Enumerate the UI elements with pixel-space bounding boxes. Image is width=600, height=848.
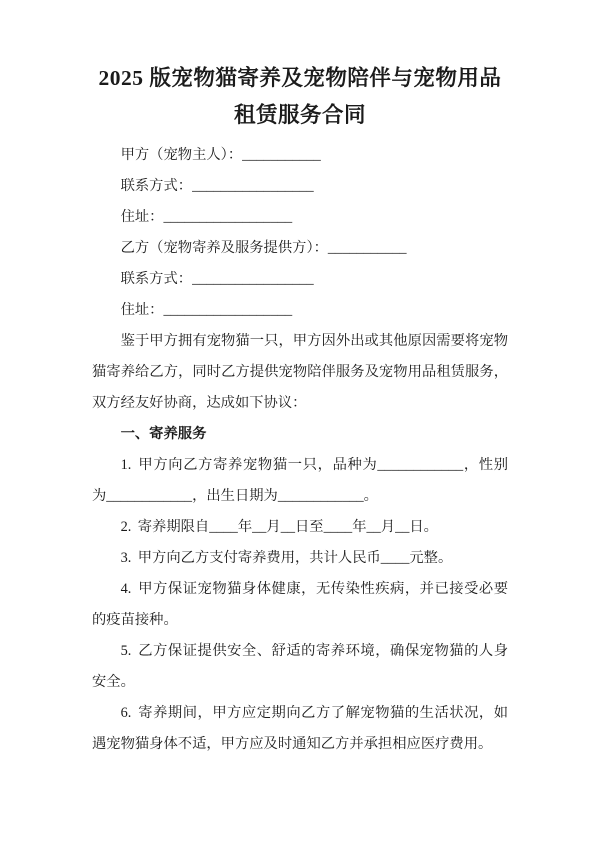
clause-text: 乙方保证提供安全、舒适的寄养环境，确保宠物猫的人身安全。 xyxy=(92,643,508,690)
clause-number: 6. xyxy=(121,705,132,721)
party-a-address-line: 住址：__________________ xyxy=(92,202,508,233)
section-1-heading: 一、寄养服务 xyxy=(92,419,508,450)
contract-title-line1: 2025 版宠物猫寄养及宠物陪伴与宠物用品 xyxy=(92,60,508,97)
party-b-contact-line: 联系方式：_________________ xyxy=(92,264,508,295)
clause-text: 甲方向乙方支付寄养费用，共计人民币____元整。 xyxy=(138,550,453,566)
clause-item-2: 2.寄养期限自____年__月__日至____年__月__日。 xyxy=(92,512,508,543)
party-a-name-line: 甲方（宠物主人）：___________ xyxy=(92,140,508,171)
clause-number: 2. xyxy=(121,519,132,535)
clause-number: 1. xyxy=(121,457,132,473)
party-a-contact-line: 联系方式：_________________ xyxy=(92,171,508,202)
contract-title: 2025 版宠物猫寄养及宠物陪伴与宠物用品 租赁服务合同 xyxy=(92,60,508,134)
clause-text: 甲方保证宠物猫身体健康，无传染性疾病，并已接受必要的疫苗接种。 xyxy=(92,581,508,628)
clause-number: 5. xyxy=(121,643,132,659)
clause-number: 3. xyxy=(121,550,132,566)
contract-title-line2: 租赁服务合同 xyxy=(92,97,508,134)
clause-item-5: 5.乙方保证提供安全、舒适的寄养环境，确保宠物猫的人身安全。 xyxy=(92,636,508,698)
clause-text: 寄养期间，甲方应定期向乙方了解宠物猫的生活状况，如遇宠物猫身体不适，甲方应及时通… xyxy=(92,705,508,752)
clause-text: 甲方向乙方寄养宠物猫一只，品种为____________，性别为________… xyxy=(92,457,508,504)
contract-preamble: 鉴于甲方拥有宠物猫一只，甲方因外出或其他原因需要将宠物猫寄养给乙方，同时乙方提供… xyxy=(92,326,508,419)
clause-item-3: 3.甲方向乙方支付寄养费用，共计人民币____元整。 xyxy=(92,543,508,574)
clause-item-4: 4.甲方保证宠物猫身体健康，无传染性疾病，并已接受必要的疫苗接种。 xyxy=(92,574,508,636)
contract-page: 2025 版宠物猫寄养及宠物陪伴与宠物用品 租赁服务合同 甲方（宠物主人）：__… xyxy=(0,0,600,848)
clause-number: 4. xyxy=(121,581,132,597)
party-b-name-line: 乙方（宠物寄养及服务提供方）：___________ xyxy=(92,233,508,264)
clause-item-6: 6.寄养期间，甲方应定期向乙方了解宠物猫的生活状况，如遇宠物猫身体不适，甲方应及… xyxy=(92,698,508,760)
clause-item-1: 1.甲方向乙方寄养宠物猫一只，品种为____________，性别为______… xyxy=(92,450,508,512)
clause-text: 寄养期限自____年__月__日至____年__月__日。 xyxy=(138,519,438,535)
party-b-address-line: 住址：__________________ xyxy=(92,295,508,326)
